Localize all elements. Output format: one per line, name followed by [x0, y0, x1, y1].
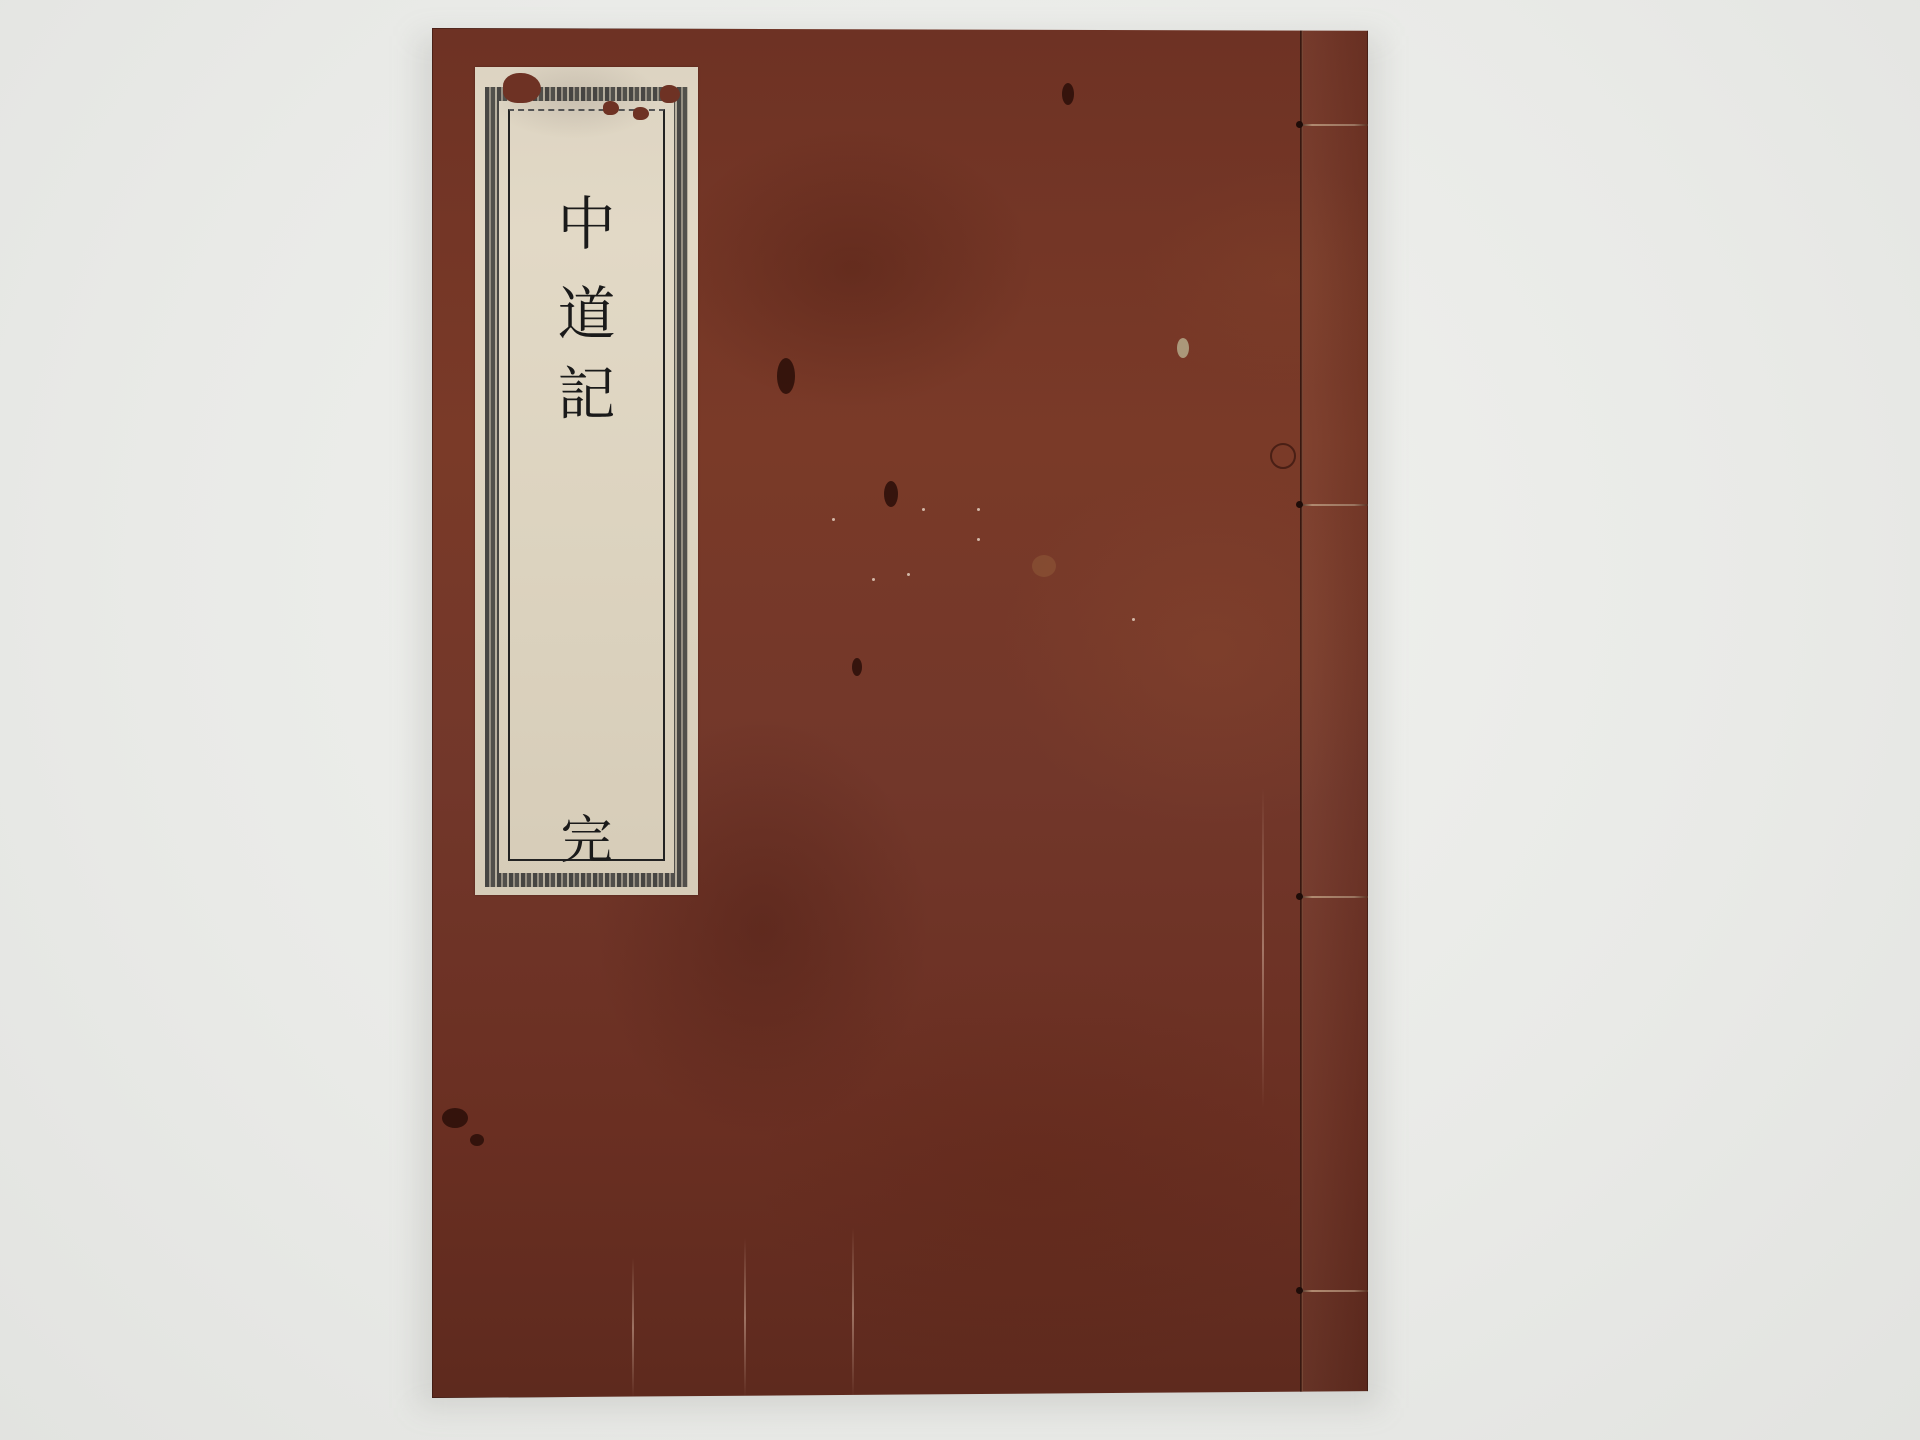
stain: [1062, 83, 1074, 105]
crease: [852, 1228, 854, 1398]
label-tear: [633, 107, 649, 120]
speck: [872, 578, 875, 581]
stain: [470, 1134, 484, 1146]
speck: [832, 518, 835, 521]
label-tear: [503, 73, 541, 103]
spine-flap: [1303, 28, 1368, 1398]
title-char-1: 中: [475, 195, 698, 253]
speck: [977, 508, 980, 511]
crease: [1262, 788, 1264, 1108]
stain: [884, 481, 898, 507]
book-cover: 中 道 記 完: [432, 28, 1368, 1398]
stain: [1270, 443, 1296, 469]
speck: [907, 573, 910, 576]
binding-stitch: [1298, 1290, 1368, 1292]
binding-stitch: [1298, 896, 1368, 898]
spine-seam: [1300, 28, 1303, 1398]
crease: [632, 1258, 634, 1398]
stain: [852, 658, 862, 676]
speck: [1132, 618, 1135, 621]
stitch-hole: [1296, 1287, 1303, 1294]
title-char-3: 記: [475, 365, 698, 423]
volume-mark: 完: [475, 815, 698, 867]
crease: [744, 1238, 746, 1398]
binding-stitch: [1298, 504, 1368, 506]
title-slip: 中 道 記 完: [475, 67, 698, 895]
label-tear: [660, 85, 680, 103]
speck: [922, 508, 925, 511]
stain: [777, 358, 795, 394]
binding-stitch: [1298, 124, 1368, 126]
stain: [1032, 555, 1056, 577]
stain: [1177, 338, 1189, 358]
stitch-hole: [1296, 121, 1303, 128]
label-tear: [603, 101, 619, 115]
stitch-hole: [1296, 893, 1303, 900]
stitch-hole: [1296, 501, 1303, 508]
speck: [977, 538, 980, 541]
title-char-2: 道: [475, 285, 698, 343]
stain: [442, 1108, 468, 1128]
